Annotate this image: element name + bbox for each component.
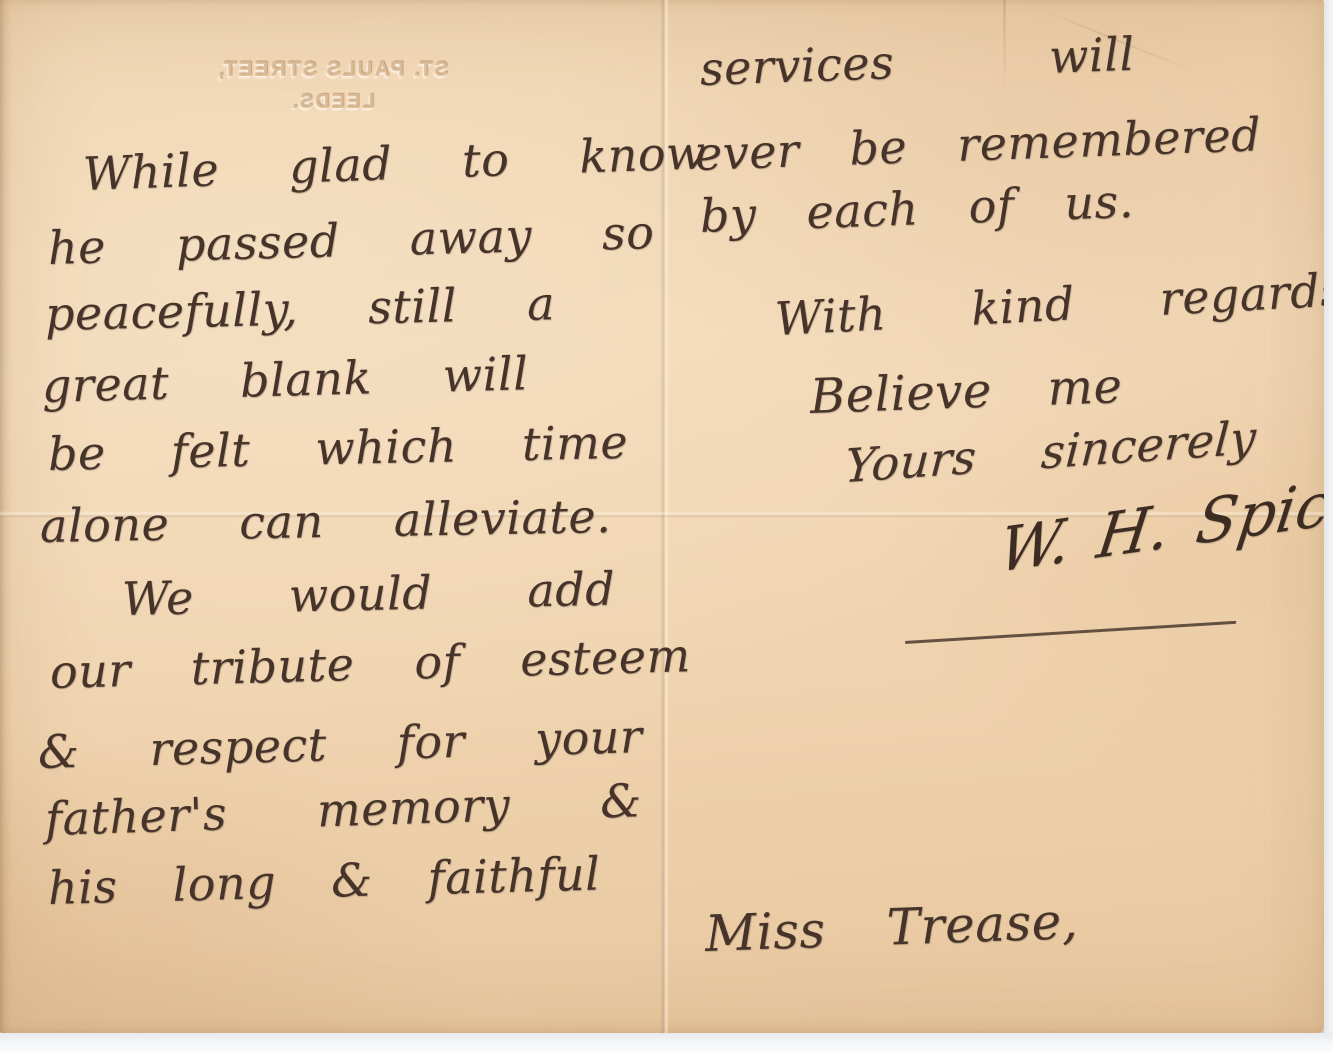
left-line-2: he passed away so (47, 208, 655, 272)
closing-line-2: Believe me (809, 361, 1123, 422)
left-line-7: We would add (121, 565, 615, 624)
left-line-6: alone can alleviate. (40, 492, 612, 550)
left-line-8: our tribute of esteem (49, 631, 691, 696)
left-line-1: While glad to know (82, 128, 707, 198)
left-line-3: peacefully, still a (44, 279, 555, 338)
scan-right-margin (1324, 0, 1333, 1033)
left-line-5: be felt which time (47, 418, 628, 478)
left-line-11: his long & faithful (47, 850, 600, 913)
recipient-line: Miss Trease, (704, 895, 1079, 960)
closing-line-1: With kind regards (774, 265, 1333, 343)
letterhead-street: ST. PAULS STREET, (203, 58, 461, 82)
right-line-3: by each of us. (699, 177, 1134, 240)
closing-line-3: Yours sincerely (843, 413, 1258, 490)
right-line-2: ever be remembered (694, 110, 1262, 178)
left-line-10: father's memory & (44, 776, 642, 843)
scan-bottom-margin (0, 1033, 1333, 1052)
signature-underline (905, 621, 1237, 644)
letterhead-city: LEEDS. (203, 91, 461, 114)
left-line-4: great blank will (41, 349, 529, 410)
signature: W. H. Spice (995, 468, 1333, 584)
left-line-9: & respect for your (37, 712, 643, 776)
right-line-1: services will (699, 30, 1135, 93)
letter-sheet: ST. PAULS STREET, LEEDS. While glad to k… (0, 0, 1324, 1033)
scan-background: ST. PAULS STREET, LEEDS. While glad to k… (0, 0, 1333, 1052)
embossed-letterhead: ST. PAULS STREET, LEEDS. (203, 58, 461, 114)
